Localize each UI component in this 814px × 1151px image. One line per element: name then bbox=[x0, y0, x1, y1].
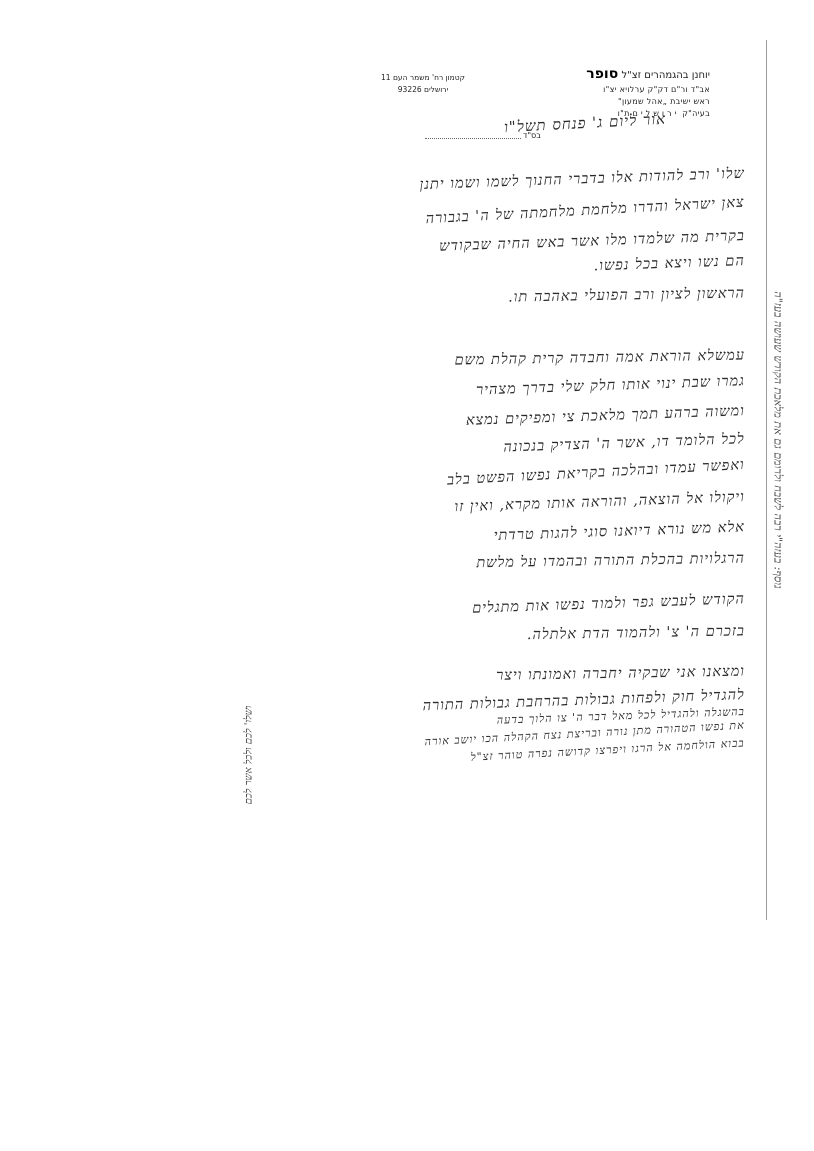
handwritten-date: אור ליום ג' פנחס תשל"ו bbox=[503, 110, 666, 137]
handwritten-line: גמרו שבת ינוי אותו חלק שלי בדרך מצהיר bbox=[240, 373, 745, 408]
handwritten-line: הקודש לעבש גפר ולמוד נפשו אות מתגלים bbox=[240, 591, 745, 626]
letterhead-name-prefix: יוחנן בהגמהרים זצ"ל bbox=[621, 70, 710, 81]
handwritten-line: הראשון לציון ורב הפועלי באהבה תו. bbox=[225, 285, 745, 311]
date-dotted-line bbox=[425, 138, 521, 139]
address-city: ירושלים 93226 bbox=[368, 84, 478, 96]
handwritten-line: ומשוה ברהע תמך מלאכת צי ומפיקים נמצא bbox=[240, 403, 745, 438]
left-margin-note: ושלו' לכם ולכל אשר לכם bbox=[232, 700, 266, 810]
handwritten-line: בזכרם ה' צ' ולהמוד הדת אלתלה. bbox=[210, 623, 745, 649]
city-prefix: בעיה"ק bbox=[682, 109, 710, 118]
letterhead-name-main: סופר bbox=[586, 66, 618, 82]
letterhead-name: יוחנן בהגמהרים זצ"ל סופר bbox=[586, 66, 710, 82]
handwritten-line: ומצאנו אני שבקיה יחברה ואמונתו ויצר bbox=[240, 664, 745, 690]
handwritten-line: הרגלויות בהכלת התורה ובהמדו על מלשת bbox=[240, 551, 745, 577]
address-street: קטמון רח' משמר העם 11 bbox=[368, 72, 478, 84]
letterhead-title-line: אב"ד ור"ם דק"ק ערלויא יצ"ו bbox=[586, 85, 710, 94]
right-margin-note: נוסף: בעזה"י רבה לשבח ולרומם גם את מלאכת… bbox=[758, 60, 798, 820]
left-margin-text: ושלו' לכם ולכל אשר לכם bbox=[244, 706, 255, 805]
handwritten-line: שלו' ורב להודות אלו בדברי החנוך לשמו ושמ… bbox=[155, 166, 745, 204]
handwritten-line: אלא מש נורא דיואנו סוגי להגות טרדתי bbox=[248, 519, 745, 553]
right-margin-text: נוסף: בעזה"י רבה לשבח ולרומם גם את מלאכת… bbox=[772, 291, 785, 588]
letterhead-address: קטמון רח' משמר העם 11 ירושלים 93226 bbox=[368, 72, 478, 96]
handwritten-line: עמשלא הוראת אמה וחבדה קרית קהלת משם bbox=[232, 348, 745, 374]
letterhead-yeshiva-line: ראש ישיבת „אהל שמעון" bbox=[586, 97, 710, 106]
scanned-letter-page: יוחנן בהגמהרים זצ"ל סופר אב"ד ור"ם דק"ק … bbox=[0, 0, 814, 1151]
